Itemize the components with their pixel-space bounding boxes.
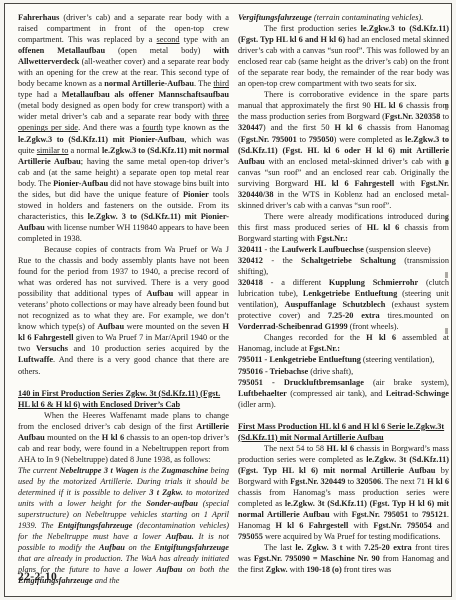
paragraph: The first production series le.Zgkw.3 to…	[238, 23, 449, 89]
text-run: similar to	[37, 146, 69, 155]
text-run: Aufbau	[97, 322, 124, 331]
text-run: second	[157, 35, 180, 44]
text-run: (drive shaft),	[308, 367, 353, 376]
text-run: 795055	[238, 532, 263, 541]
paragraph: Changes recorded for the H kl 6 assemble…	[238, 332, 449, 354]
text-run: Fgst.Nr. 795090 = Maschine Nr. 90	[254, 554, 380, 563]
text-run: Luftbehaelter	[238, 389, 287, 398]
text-run: H kl 6	[102, 433, 124, 442]
text-run: and 10 production series acquired by the	[68, 344, 229, 353]
page-number: 22-2-10	[18, 571, 57, 583]
text-run: tires.mounted on	[380, 311, 449, 320]
text-run: The current	[18, 466, 59, 475]
text-run: Laufwerk Laufbuechse	[282, 245, 364, 254]
paragraph: There were already modifications introdu…	[238, 211, 449, 244]
text-run: on both the	[182, 565, 229, 574]
text-run: fourth	[143, 123, 163, 132]
text-run: Schaltgetriebe Schaltung	[301, 256, 396, 265]
text-run: Fgst.Nr. 795051	[352, 510, 409, 519]
text-run: HL kl 6	[327, 444, 355, 453]
text-run: ) and the first 50	[263, 123, 335, 132]
quoted-passage: The current Nebeltruppe 3 t Wagen is the…	[18, 465, 229, 587]
text-run: Leitrad-Schwinge	[386, 389, 449, 398]
text-run: to	[440, 112, 449, 121]
text-run: The last	[264, 543, 295, 552]
text-run: 795050	[309, 135, 334, 144]
text-run: mounted on the	[45, 433, 102, 442]
text-run: HL kl 6	[374, 101, 403, 110]
text-run: 190-18 (o)	[306, 565, 341, 574]
text-run: (metal body designed as open body for cr…	[18, 101, 229, 121]
text-run: a normal	[68, 146, 102, 155]
text-run: with	[330, 510, 352, 519]
text-run: 320418	[238, 278, 263, 287]
text-run: ) were completed as	[334, 135, 406, 144]
text-run: 320447	[238, 123, 263, 132]
text-run: Zugmaschine	[162, 466, 209, 475]
text-run: type with an	[180, 35, 229, 44]
text-run: H kl 6 Fahrgestell	[275, 521, 348, 530]
text-run: 320411	[238, 245, 262, 254]
text-run: Fgst.Nr. 795001	[241, 135, 297, 144]
text-run: . And there was a	[78, 123, 142, 132]
paragraph: The last le. Zgkw. 3 t with 7.25-20 extr…	[238, 542, 449, 575]
text-run: type known as the	[163, 123, 229, 132]
paragraph: The next 54 to 58 HL kl 6 chassis in Bor…	[238, 443, 449, 542]
text-run: H kl 6	[427, 477, 449, 486]
paragraph: 795051 - Druckluftbremsanlage (air brake…	[238, 377, 449, 410]
text-run: (front wheels).	[348, 322, 399, 331]
paragraph: 795016 - Triebachse (drive shaft),	[238, 366, 449, 377]
text-run: (air brake system),	[364, 378, 449, 387]
text-run: The first production series	[264, 24, 361, 33]
text-run: third	[213, 79, 229, 88]
text-run: with	[288, 565, 307, 574]
text-run: Fgst.Nr. 795054	[373, 521, 431, 530]
text-run: Aufbau.	[166, 532, 194, 541]
text-run: le.Zgkw.3 to (Sd.Kfz.11) mit Pionier-Auf…	[18, 135, 184, 144]
text-run: Versuchs	[36, 344, 68, 353]
text-run: to	[297, 135, 309, 144]
text-run: Sonder-aufbau	[146, 499, 198, 508]
text-run: H kl 6	[335, 123, 363, 132]
text-run: HL kl 6 Fahrgestell	[314, 179, 394, 188]
text-run: . The	[194, 79, 213, 88]
paragraph: Fahrerhaus (driver’s cab) and a separate…	[18, 12, 229, 244]
text-run: 7.25-20 extra	[328, 311, 380, 320]
scanned-page: Fahrerhaus (driver’s cab) and a separate…	[4, 3, 452, 597]
text-run: The next 54 to 58	[264, 444, 327, 453]
text-run: were acquired by Wa Pruef for testing mo…	[263, 532, 441, 541]
section-heading: First Mass Production HL kl 6 and H kl 6…	[238, 421, 449, 443]
text-run: Zgkw.	[266, 565, 288, 574]
quoted-passage: Vergiftungsfahrzeuge (terrain contaminat…	[238, 12, 449, 23]
text-run: 7.25-20 extra	[364, 543, 411, 552]
text-run: with	[343, 543, 365, 552]
text-run: 795011 - Lenkgetriebe Entlueftung	[238, 355, 361, 364]
text-run: Pionier	[183, 190, 209, 199]
text-run: Luftwaffe	[18, 355, 53, 364]
text-run: H kl 6	[366, 333, 396, 342]
right-column: Vergiftungsfahrzeuge (terrain contaminat…	[238, 12, 449, 586]
text-run: (compressed air tank), and	[287, 389, 386, 398]
text-run: Aufbau	[146, 289, 173, 298]
text-run: with	[394, 179, 421, 188]
text-run: Fgst.Nr. 320449	[290, 477, 345, 486]
text-run: 320506	[356, 477, 381, 486]
text-run: normal Artillerie-Aufbau	[104, 79, 194, 88]
text-run: to	[345, 477, 356, 486]
text-run: and the	[93, 576, 120, 585]
text-run: 795051 - Druckluftbremsanlage	[238, 378, 364, 387]
text-run: Fgst.Nr.:	[309, 344, 340, 353]
left-column: Fahrerhaus (driver’s cab) and a separate…	[18, 12, 229, 586]
text-run: Metallaufbau als offener Mannschaftsaufb…	[62, 90, 229, 99]
text-run: Fgst.Nr.:	[317, 234, 348, 243]
text-run: - the	[262, 245, 281, 254]
text-run: Auspuffanlage Schutzblech	[285, 300, 386, 309]
text-run: Vergiftungsfahrzeuge	[238, 13, 312, 22]
text-run: (open metal body)	[105, 46, 213, 55]
paragraph: When the Heeres Waffenamt made plans to …	[18, 410, 229, 465]
text-run: Lenkgetriebe Entlueftung	[303, 289, 397, 298]
text-run: . The next 71	[381, 477, 427, 486]
section-heading: 140 in First Production Series Zgkw. 3t …	[18, 388, 229, 410]
paragraph: 320411 - the Laufwerk Laufbuechse (suspe…	[238, 244, 449, 255]
text-run: Changes recorded for the	[264, 333, 366, 342]
text-run: (terrain contaminating vehicles).	[312, 13, 424, 22]
text-run: on the	[125, 543, 154, 552]
text-run: type had a	[18, 90, 62, 99]
text-run: Aufbau	[156, 565, 182, 574]
text-run: with	[348, 521, 373, 530]
text-run: 795121	[422, 510, 447, 519]
text-run: le. Zgkw. 3 t	[295, 543, 342, 552]
text-run: HL kl 6	[367, 223, 400, 232]
text-run: Entgiftungsfahrzeuge	[154, 543, 229, 552]
text-run: to	[408, 510, 422, 519]
text-run: 3 t Zgkw.	[149, 488, 183, 497]
text-run: Aufbau	[99, 543, 125, 552]
text-run: (idler arm).	[238, 400, 276, 409]
text-run: is the	[138, 466, 161, 475]
text-run: front tires was	[342, 565, 392, 574]
paragraph: 795011 - Lenkgetriebe Entlueftung (steer…	[238, 354, 449, 365]
text-run: Pionier-Aufbau	[53, 179, 108, 188]
paragraph: Because copies of contracts from Wa Prue…	[18, 244, 229, 377]
text-run: 320412	[238, 256, 263, 265]
text-run: with license number WH 119840 appears to…	[18, 223, 229, 243]
text-run: 140 in First Production Series Zgkw. 3t …	[18, 389, 220, 409]
paragraph: There is corroborative evidence in the s…	[238, 89, 449, 211]
text-run: Fgst.Nr. 320358	[385, 112, 440, 121]
text-run: First Mass Production HL kl 6 and H kl 6…	[238, 422, 444, 442]
text-run: 795016 - Triebachse	[238, 367, 308, 376]
text-run: - the	[263, 256, 301, 265]
text-run: and	[432, 521, 449, 530]
paragraph: 320418 - a different Kupplung Schmierroh…	[238, 277, 449, 332]
text-run: - a different	[263, 278, 329, 287]
text-run: Kupplung Schmierrohr	[329, 278, 418, 287]
text-run: Vorderrad-Scheibenrad G1999	[238, 322, 348, 331]
text-run: Entgiftungsfahrzeuge	[58, 521, 133, 530]
text-run: offenen Metallaufbau	[18, 46, 105, 55]
text-run: Nebeltruppe 3 t Wagen	[59, 466, 138, 475]
paragraph: 320412 - the Schaltgetriebe Schaltung (t…	[238, 255, 449, 277]
text-run: were mounted on the seven	[124, 322, 222, 331]
text-run: Fahrerhaus	[18, 13, 59, 22]
text-columns: Fahrerhaus (driver’s cab) and a separate…	[18, 12, 449, 586]
text-run: (suspension sleeve)	[364, 245, 431, 254]
text-run: (steering ventilation),	[361, 355, 435, 364]
